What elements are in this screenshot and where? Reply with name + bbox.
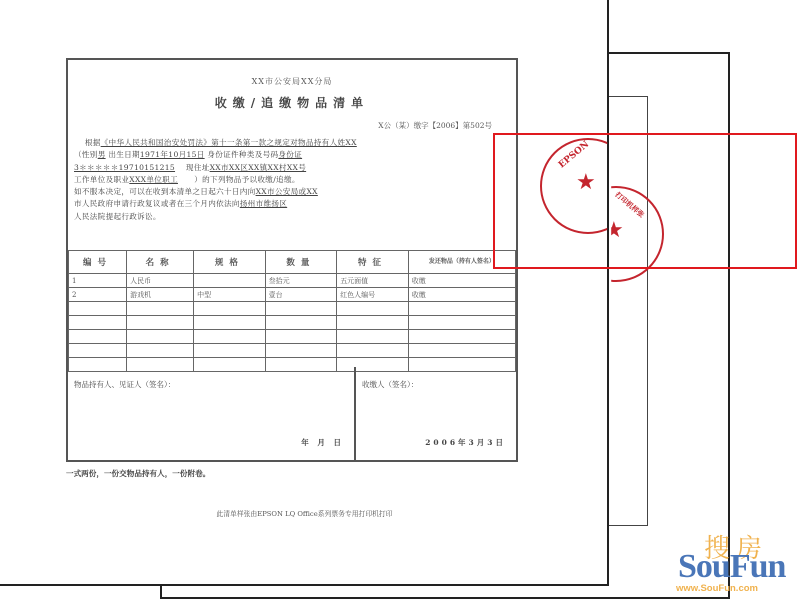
header-feature: 特征: [337, 251, 409, 274]
holder-signature-area: 物品持有人、见证人（签名）： 年 月 日: [68, 367, 356, 462]
document-number: X公（某）缴字【2006】第502号: [378, 120, 492, 131]
items-table: 编号 名称 规格 数量 特征 发还物品（持有人签名） 1人民币叁拾元五元面值收缴…: [68, 250, 516, 372]
table-header-row: 编号 名称 规格 数量 特征 发还物品（持有人签名）: [69, 251, 516, 274]
form-body: 根据《中华人民共和国治安处罚法》第十一条第一款之规定对物品持有人姓XX （性别男…: [74, 137, 508, 223]
table-cell: 游戏机: [127, 288, 194, 302]
table-row: 1人民币叁拾元五元面值收缴: [69, 274, 516, 288]
officer-signature-area: 收缴人（签名）： 2006年3月3日: [356, 367, 516, 462]
table-row: [69, 330, 516, 344]
table-cell: [69, 316, 127, 330]
holder-signature-label: 物品持有人、见证人（签名）：: [74, 379, 175, 390]
table-cell: [408, 316, 515, 330]
court-district: 扬州市维扬区: [240, 199, 287, 208]
text: 现住址: [186, 163, 210, 172]
table-cell: [337, 316, 409, 330]
text: 工作单位及职业: [74, 175, 129, 184]
table-cell: 叁拾元: [265, 274, 337, 288]
table-cell: [69, 330, 127, 344]
table-cell: [337, 302, 409, 316]
watermark-en: SouFun: [678, 548, 785, 586]
table-cell: [127, 316, 194, 330]
birth-date: 1971年10月15日: [140, 150, 205, 159]
table-cell: 红色人编号: [337, 288, 409, 302]
table-cell: 收缴: [408, 274, 515, 288]
table-cell: [127, 344, 194, 358]
table-cell: [265, 316, 337, 330]
table-cell: 收缴: [408, 288, 515, 302]
table-cell: 人民币: [127, 274, 194, 288]
table-cell: [408, 330, 515, 344]
table-cell: [265, 330, 337, 344]
table-cell: [194, 344, 266, 358]
officer-signature-label: 收缴人（签名）：: [362, 379, 418, 390]
front-page: XX市公安局XX分局 收缴/追缴物品清单 X公（某）缴字【2006】第502号 …: [0, 0, 609, 586]
text: 出生日期: [108, 150, 140, 159]
table-cell: [127, 330, 194, 344]
table-cell: [265, 302, 337, 316]
confiscation-form: XX市公安局XX分局 收缴/追缴物品清单 X公（某）缴字【2006】第502号 …: [66, 58, 518, 462]
text: 如不服本决定，可以在收到本清单之日起六十日内向: [74, 187, 256, 196]
table-row: [69, 316, 516, 330]
holder-name: 姓XX: [337, 138, 356, 147]
id-number: 3＊＊＊＊＊19710151215: [74, 163, 175, 172]
header-quantity: 数量: [265, 251, 337, 274]
table-cell: [194, 274, 266, 288]
text: 身份证件种类及号码: [207, 150, 278, 159]
form-title: 收缴/追缴物品清单: [68, 94, 516, 111]
table-cell: [337, 344, 409, 358]
table-cell: 五元面值: [337, 274, 409, 288]
table-cell: [408, 344, 515, 358]
table-cell: [408, 302, 515, 316]
table-cell: [337, 330, 409, 344]
table-cell: [194, 330, 266, 344]
text: ）的下列物品予以收缴/追缴。: [194, 175, 299, 184]
text: 根据: [85, 138, 101, 147]
table-cell: 壹台: [265, 288, 337, 302]
table-cell: [127, 302, 194, 316]
gender: 男: [98, 150, 106, 159]
watermark-url: www.SouFun.com: [676, 583, 758, 594]
highlight-box: [493, 133, 797, 269]
table-cell: 2: [69, 288, 127, 302]
law-reference: 《中华人民共和国治安处罚法》第十一条第一款之规定对物品持有人: [101, 138, 338, 147]
table-cell: [69, 302, 127, 316]
header-spec: 规格: [194, 251, 266, 274]
text: 人民法院提起行政诉讼。: [74, 212, 161, 221]
table-cell: [265, 344, 337, 358]
id-type: 身份证: [278, 150, 302, 159]
appeal-org: XX市公安局或XX: [256, 187, 318, 196]
table-row: [69, 302, 516, 316]
table-cell: [69, 344, 127, 358]
copies-note: 一式两份，一份交物品持有人，一份附卷。: [66, 468, 210, 479]
text: 市人民政府申请行政复议或者在三个月内依法向: [74, 199, 240, 208]
holder-signature-date: 年 月 日: [301, 437, 344, 448]
table-cell: [194, 302, 266, 316]
header-number: 编号: [69, 251, 127, 274]
table-cell: [194, 316, 266, 330]
work-unit: XXX单位职工: [129, 175, 178, 184]
table-row: 2游戏机中型壹台红色人编号收缴: [69, 288, 516, 302]
table-cell: 中型: [194, 288, 266, 302]
header-name: 名称: [127, 251, 194, 274]
officer-signature-date: 2006年3月3日: [425, 437, 506, 448]
soufun-watermark: 搜房 SouFun www.SouFun.com: [676, 530, 800, 600]
text: （性别: [74, 150, 98, 159]
table-row: [69, 344, 516, 358]
organization: XX市公安局XX分局: [68, 76, 516, 87]
table-cell: 1: [69, 274, 127, 288]
printer-note: 此清单样张由EPSON LQ Office系列票务专用打印机打印: [0, 508, 609, 518]
address: XX市XX区XX镇XX村XX号: [210, 163, 307, 172]
